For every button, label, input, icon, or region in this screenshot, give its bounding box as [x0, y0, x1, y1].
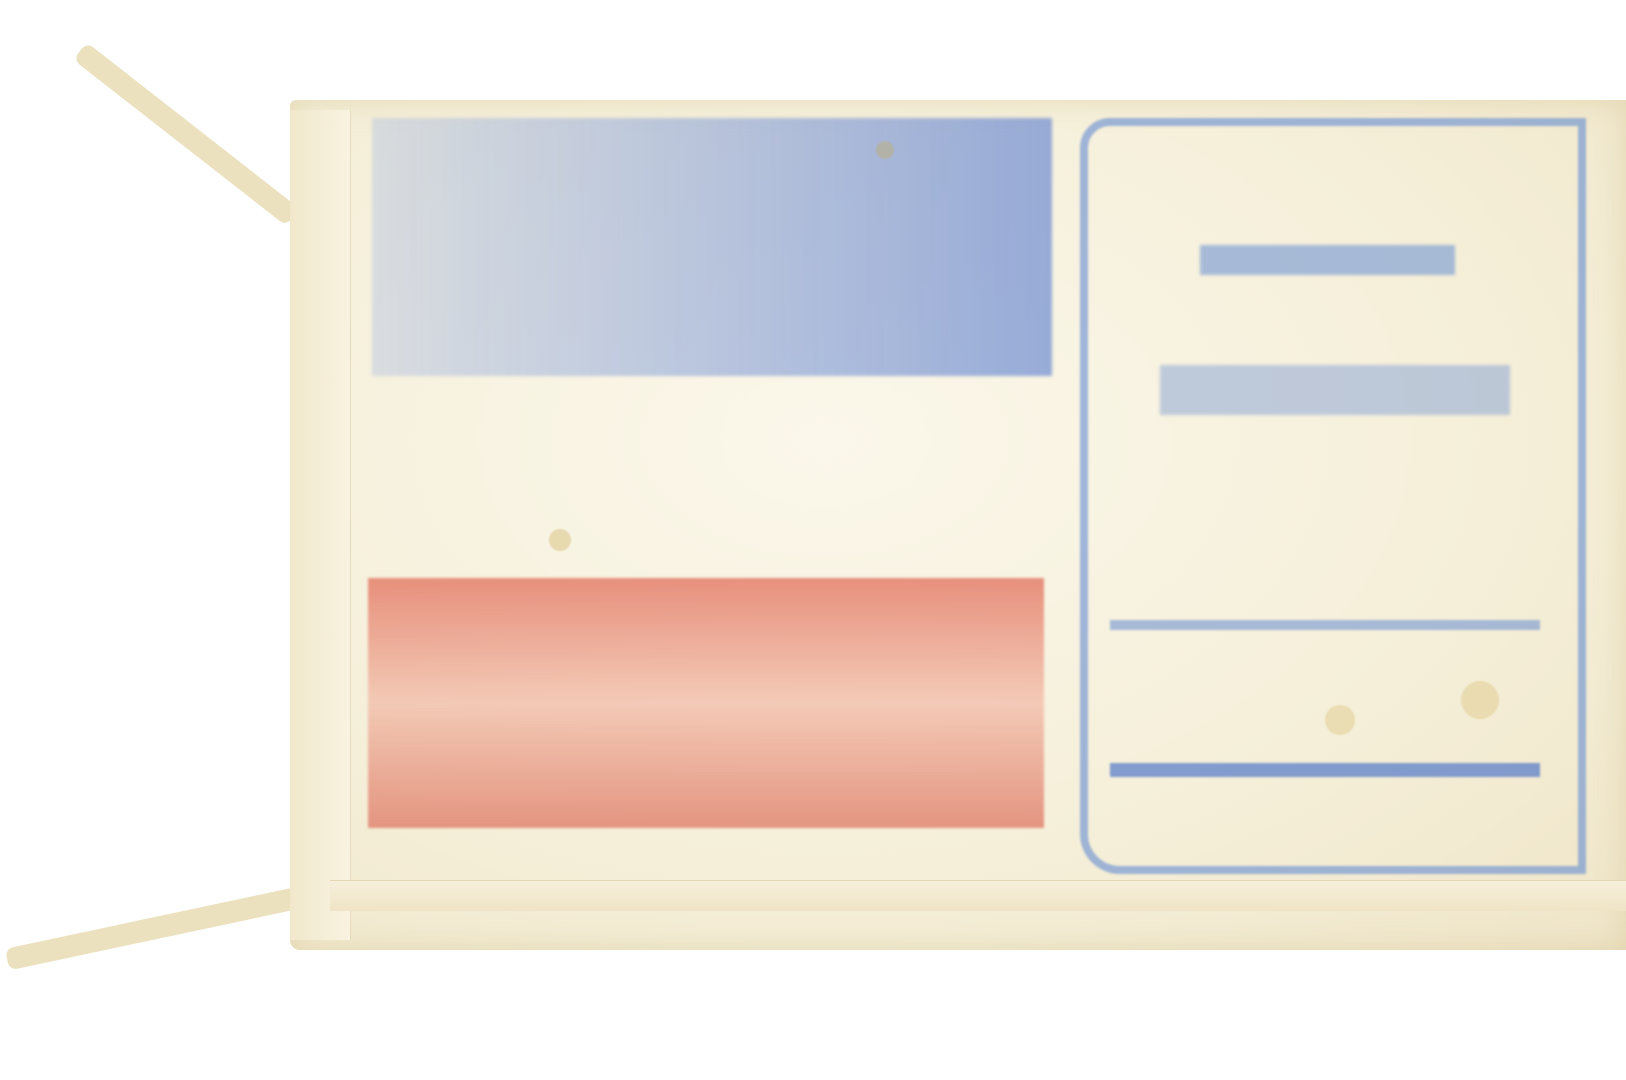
age-stains	[0, 0, 1626, 1080]
photo-scene	[0, 0, 1626, 1080]
